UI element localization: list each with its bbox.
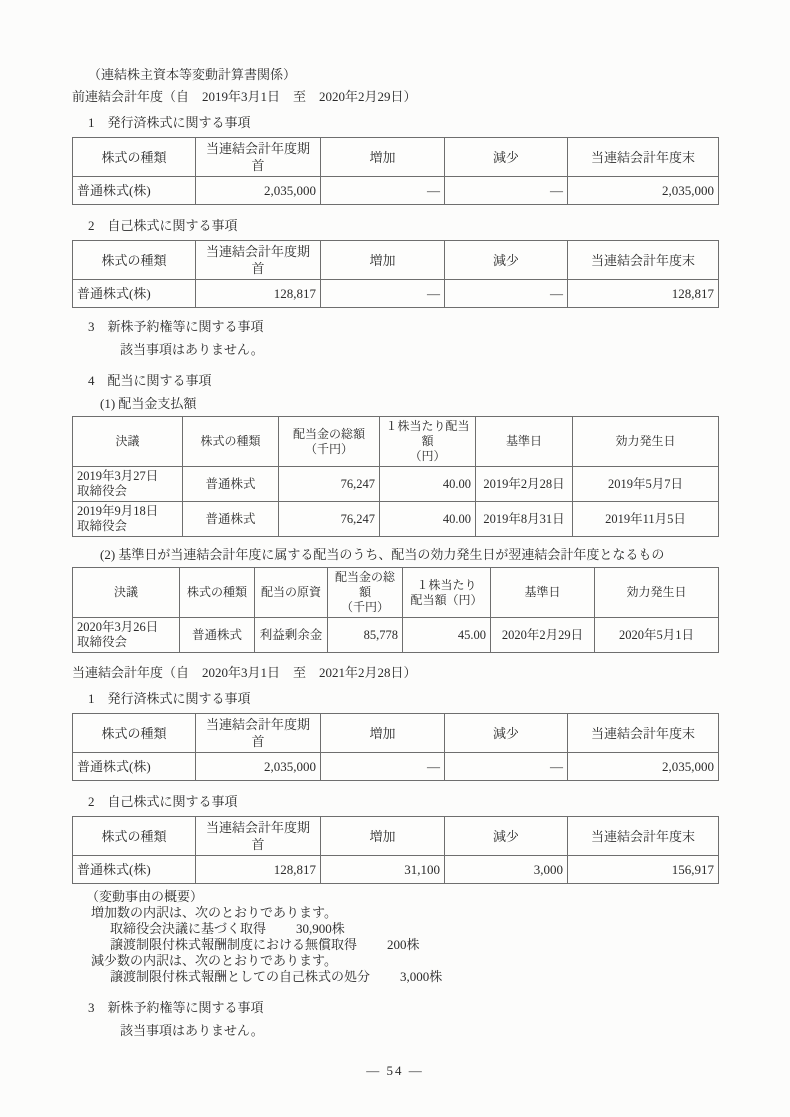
table-cell: 2019年3月27日 取締役会 xyxy=(73,467,183,502)
table-header-cell: 増加 xyxy=(321,714,445,753)
treasury-shares-heading-current: 2 自己株式に関する事項 xyxy=(88,793,718,810)
table-cell: 普通株式 xyxy=(183,467,279,502)
table-cell: 普通株式(株) xyxy=(73,753,196,781)
note-item: 取締役会決議に基づく取得30,900株 xyxy=(110,921,718,937)
table-cell: 76,247 xyxy=(279,502,380,537)
table-cell: 2,035,000 xyxy=(568,753,719,781)
table-header-cell: 当連結会計年度末 xyxy=(568,241,719,280)
table-row: 普通株式(株) 2,035,000 ― ― 2,035,000 xyxy=(73,753,719,781)
table-header-cell: 株式の種類 xyxy=(183,417,279,467)
table-header-cell: 株式の種類 xyxy=(73,241,196,280)
table-cell: 普通株式(株) xyxy=(73,280,196,308)
table-header-cell: 効力発生日 xyxy=(595,568,719,618)
table-cell: 2020年3月26日 取締役会 xyxy=(73,618,180,653)
table-header-cell: 当連結会計年度期首 xyxy=(196,817,321,856)
table-row: 普通株式(株) 2,035,000 ― ― 2,035,000 xyxy=(73,177,719,205)
dividends-paid-table: 決議 株式の種類 配当金の総額 （千円） １株当たり配当額 （円） 基準日 効力… xyxy=(72,416,719,537)
table-cell: ― xyxy=(321,177,445,205)
table-header-cell: １株当たり配当額 （円） xyxy=(380,417,476,467)
note-item-label: 譲渡制限付株式報酬としての自己株式の処分 xyxy=(110,969,370,984)
table-cell: 利益剰余金 xyxy=(255,618,328,653)
table-header-cell: 株式の種類 xyxy=(73,138,196,177)
note-item-label: 譲渡制限付株式報酬制度における無償取得 xyxy=(110,937,357,952)
note-item-value: 30,900株 xyxy=(296,921,345,936)
warrants-note-prev: 該当事項はありません。 xyxy=(120,341,718,358)
decrease-intro: 減少数の内訳は、次のとおりであります。 xyxy=(91,953,718,969)
table-cell: 2020年5月1日 xyxy=(595,618,719,653)
period-heading-current: 当連結会計年度（自 2020年3月1日 至 2021年2月28日） xyxy=(72,664,718,681)
treasury-shares-table-current: 株式の種類 当連結会計年度期首 増加 減少 当連結会計年度末 普通株式(株) 1… xyxy=(72,816,719,884)
increase-intro: 増加数の内訳は、次のとおりであります。 xyxy=(91,905,718,921)
table-cell: 31,100 xyxy=(321,856,445,884)
warrants-heading-prev: 3 新株予約権等に関する事項 xyxy=(88,318,718,335)
table-cell: 2,035,000 xyxy=(196,753,321,781)
table-cell: 156,917 xyxy=(568,856,719,884)
table-header-cell: 株式の種類 xyxy=(180,568,255,618)
table-header-row: 株式の種類 当連結会計年度期首 増加 減少 当連結会計年度末 xyxy=(73,138,719,177)
warrants-note-current: 該当事項はありません。 xyxy=(120,1022,718,1039)
table-cell: 2019年9月18日 取締役会 xyxy=(73,502,183,537)
table-header-row: 株式の種類 当連結会計年度期首 増加 減少 当連結会計年度末 xyxy=(73,714,719,753)
table-header-cell: 当連結会計年度期首 xyxy=(196,714,321,753)
table-header-cell: 配当金の総額 （千円） xyxy=(328,568,403,618)
table-cell: ― xyxy=(445,177,568,205)
table-cell: 普通株式(株) xyxy=(73,856,196,884)
table-header-cell: 減少 xyxy=(445,241,568,280)
table-header-cell: 減少 xyxy=(445,138,568,177)
table-cell: 2019年11月5日 xyxy=(573,502,719,537)
treasury-shares-table-prev: 株式の種類 当連結会計年度期首 増加 減少 当連結会計年度末 普通株式(株) 1… xyxy=(72,240,719,308)
table-cell: 128,817 xyxy=(568,280,719,308)
table-header-cell: 決議 xyxy=(73,417,183,467)
table-cell: 普通株式(株) xyxy=(73,177,196,205)
document-page: （連結株主資本等変動計算書関係） 前連結会計年度（自 2019年3月1日 至 2… xyxy=(72,66,718,1039)
table-cell: 普通株式 xyxy=(180,618,255,653)
table-cell: 2019年5月7日 xyxy=(573,467,719,502)
table-header-cell: 当連結会計年度期首 xyxy=(196,241,321,280)
table-row: 普通株式(株) 128,817 ― ― 128,817 xyxy=(73,280,719,308)
table-header-row: 株式の種類 当連結会計年度期首 増加 減少 当連結会計年度末 xyxy=(73,817,719,856)
table-header-cell: 株式の種類 xyxy=(73,817,196,856)
table-cell: 2,035,000 xyxy=(568,177,719,205)
warrants-heading-current: 3 新株予約権等に関する事項 xyxy=(88,999,718,1016)
table-header-cell: 効力発生日 xyxy=(573,417,719,467)
table-cell: 40.00 xyxy=(380,467,476,502)
table-header-cell: 減少 xyxy=(445,817,568,856)
table-cell: ― xyxy=(445,753,568,781)
table-cell: 76,247 xyxy=(279,467,380,502)
table-cell: 128,817 xyxy=(196,856,321,884)
table-cell: 3,000 xyxy=(445,856,568,884)
table-header-cell: 当連結会計年度末 xyxy=(568,138,719,177)
table-cell: ― xyxy=(321,280,445,308)
issued-shares-heading-current: 1 発行済株式に関する事項 xyxy=(88,690,718,707)
table-cell: 128,817 xyxy=(196,280,321,308)
table-header-cell: 配当金の総額 （千円） xyxy=(279,417,380,467)
dividends-heading: 4 配当に関する事項 xyxy=(88,372,718,389)
table-header-cell: 増加 xyxy=(321,241,445,280)
table-header-cell: １株当たり 配当額（円） xyxy=(403,568,491,618)
table-header-cell: 減少 xyxy=(445,714,568,753)
note-item-value: 200株 xyxy=(387,937,420,952)
table-cell: 40.00 xyxy=(380,502,476,537)
table-header-row: 決議 株式の種類 配当金の総額 （千円） １株当たり配当額 （円） 基準日 効力… xyxy=(73,417,719,467)
table-header-cell: 当連結会計年度末 xyxy=(568,714,719,753)
doc-title: （連結株主資本等変動計算書関係） xyxy=(88,66,718,83)
table-row: 2020年3月26日 取締役会 普通株式 利益剰余金 85,778 45.00 … xyxy=(73,618,719,653)
table-cell: ― xyxy=(445,280,568,308)
table-row: 2019年9月18日 取締役会 普通株式 76,247 40.00 2019年8… xyxy=(73,502,719,537)
table-cell: 2019年2月28日 xyxy=(476,467,573,502)
change-notes-title: （変動事由の概要） xyxy=(86,889,718,905)
table-header-cell: 増加 xyxy=(321,817,445,856)
issued-shares-table-current: 株式の種類 当連結会計年度期首 増加 減少 当連結会計年度末 普通株式(株) 2… xyxy=(72,713,719,781)
table-cell: 2,035,000 xyxy=(196,177,321,205)
note-item: 譲渡制限付株式報酬としての自己株式の処分3,000株 xyxy=(110,969,718,985)
table-header-cell: 株式の種類 xyxy=(73,714,196,753)
page-number: ― 54 ― xyxy=(0,1062,790,1079)
table-cell: 85,778 xyxy=(328,618,403,653)
dividends-next-period-table: 決議 株式の種類 配当の原資 配当金の総額 （千円） １株当たり 配当額（円） … xyxy=(72,567,719,653)
table-cell: 2020年2月29日 xyxy=(491,618,595,653)
note-item-label: 取締役会決議に基づく取得 xyxy=(110,921,266,936)
table-header-cell: 基準日 xyxy=(476,417,573,467)
issued-shares-table-prev: 株式の種類 当連結会計年度期首 増加 減少 当連結会計年度末 普通株式(株) 2… xyxy=(72,137,719,205)
table-header-cell: 当連結会計年度期首 xyxy=(196,138,321,177)
issued-shares-heading-prev: 1 発行済株式に関する事項 xyxy=(88,114,718,131)
table-cell: 2019年8月31日 xyxy=(476,502,573,537)
treasury-shares-heading-prev: 2 自己株式に関する事項 xyxy=(88,217,718,234)
table-cell: 普通株式 xyxy=(183,502,279,537)
table-header-cell: 決議 xyxy=(73,568,180,618)
table-cell: ― xyxy=(321,753,445,781)
table-header-cell: 増加 xyxy=(321,138,445,177)
dividends-next-period-heading: (2) 基準日が当連結会計年度に属する配当のうち、配当の効力発生日が翌連結会計年… xyxy=(100,546,718,563)
table-row: 普通株式(株) 128,817 31,100 3,000 156,917 xyxy=(73,856,719,884)
table-cell: 45.00 xyxy=(403,618,491,653)
table-header-cell: 配当の原資 xyxy=(255,568,328,618)
note-item: 譲渡制限付株式報酬制度における無償取得200株 xyxy=(110,937,718,953)
change-reason-notes: （変動事由の概要） 増加数の内訳は、次のとおりであります。 取締役会決議に基づく… xyxy=(86,889,718,985)
table-header-cell: 当連結会計年度末 xyxy=(568,817,719,856)
table-header-cell: 基準日 xyxy=(491,568,595,618)
dividends-paid-heading: (1) 配当金支払額 xyxy=(100,395,718,412)
period-heading-prev: 前連結会計年度（自 2019年3月1日 至 2020年2月29日） xyxy=(72,88,718,105)
table-header-row: 株式の種類 当連結会計年度期首 増加 減少 当連結会計年度末 xyxy=(73,241,719,280)
note-item-value: 3,000株 xyxy=(400,969,442,984)
table-row: 2019年3月27日 取締役会 普通株式 76,247 40.00 2019年2… xyxy=(73,467,719,502)
table-header-row: 決議 株式の種類 配当の原資 配当金の総額 （千円） １株当たり 配当額（円） … xyxy=(73,568,719,618)
